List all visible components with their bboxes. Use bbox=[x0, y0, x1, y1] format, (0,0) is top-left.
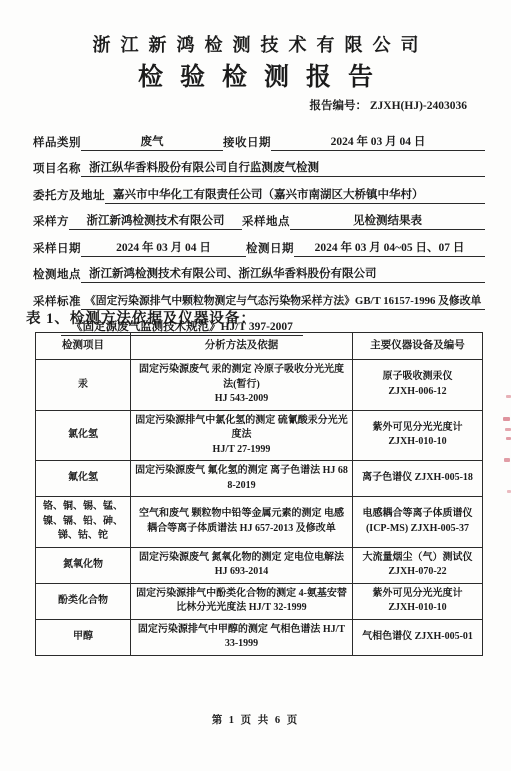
form-row-project-name: 项目名称 浙江纵华香料股份有限公司自行监测废气检测 bbox=[33, 151, 485, 178]
method-instrument: 电感耦合等离子体质谱仪 (ICP-MS) ZJXH-005-37 bbox=[353, 497, 483, 548]
methods-table: 检测项目 分析方法及依据 主要仪器设备及编号 汞固定污染源废气 汞的测定 冷原子… bbox=[35, 332, 483, 656]
report-number-label: 报告编号： bbox=[310, 100, 368, 112]
field-value: 浙江纵华香料股份有限公司自行监测废气检测 bbox=[81, 159, 485, 177]
method-basis: 固定污染源排气中酚类化合物的测定 4-氨基安替比林分光光度法 HJ/T 32-1… bbox=[131, 583, 353, 619]
field-label: 采样日期 bbox=[33, 240, 81, 257]
field-value: 2024 年 03 月 04 日 bbox=[271, 133, 485, 151]
method-item: 氮氧化物 bbox=[36, 547, 131, 583]
method-instrument: 紫外可见分光光度计 ZJXH-010-10 bbox=[353, 583, 483, 619]
stamp-residue-mark bbox=[505, 428, 511, 431]
method-basis: 固定污染源排气中甲醇的测定 气相色谱法 HJ/T 33-1999 bbox=[131, 619, 353, 655]
form-fields: 样品类别 废气 接收日期 2024 年 03 月 04 日 项目名称 浙江纵华香… bbox=[33, 124, 485, 336]
method-item: 铬、铜、锡、锰、镍、镉、铅、砷、锑、钴、铊 bbox=[36, 497, 131, 548]
method-basis: 固定污染源废气 汞的测定 冷原子吸收分光光度法(暂行) HJ 543-2009 bbox=[131, 360, 353, 411]
method-row: 氟化氢固定污染源废气 氟化氢的测定 离子色谱法 HJ 688-2019离子色谱仪… bbox=[36, 461, 483, 497]
method-basis: 固定污染源排气中氯化氢的测定 硫氰酸汞分光光度法 HJ/T 27-1999 bbox=[131, 410, 353, 461]
field-label: 采样方 bbox=[33, 213, 69, 230]
report-title: 检验检测报告 bbox=[0, 57, 511, 93]
method-item: 甲醇 bbox=[36, 619, 131, 655]
field-label: 项目名称 bbox=[33, 160, 81, 177]
stamp-residue-mark bbox=[507, 490, 511, 493]
stamp-residue-mark bbox=[503, 417, 510, 421]
method-instrument: 紫外可见分光光度计 ZJXH-010-10 bbox=[353, 410, 483, 461]
method-row: 汞固定污染源废气 汞的测定 冷原子吸收分光光度法(暂行) HJ 543-2009… bbox=[36, 360, 483, 411]
field-value: 废气 bbox=[81, 133, 223, 151]
field-label: 委托方及地址 bbox=[33, 187, 105, 204]
form-row-sampling-standard: 采样标准 《固定污染源排气中颗粒物测定与气态污染物采样方法》GB/T 16157… bbox=[33, 283, 485, 310]
report-number-line: 报告编号： ZJXH(HJ)-2403036 bbox=[310, 97, 467, 113]
methods-header-row: 检测项目 分析方法及依据 主要仪器设备及编号 bbox=[36, 333, 483, 360]
methods-table-body: 汞固定污染源废气 汞的测定 冷原子吸收分光光度法(暂行) HJ 543-2009… bbox=[36, 360, 483, 656]
field-label: 采样地点 bbox=[242, 213, 290, 230]
method-item: 汞 bbox=[36, 360, 131, 411]
stamp-residue-mark bbox=[504, 458, 510, 462]
method-row: 铬、铜、锡、锰、镍、镉、铅、砷、锑、钴、铊空气和废气 颗粒物中铅等金属元素的测定… bbox=[36, 497, 483, 548]
field-label: 检测地点 bbox=[33, 266, 81, 283]
method-basis: 固定污染源废气 氮氧化物的测定 定电位电解法 HJ 693-2014 bbox=[131, 547, 353, 583]
method-instrument: 离子色谱仪 ZJXH-005-18 bbox=[353, 461, 483, 497]
field-value: 2024 年 03 月 04 日 bbox=[81, 239, 246, 257]
form-row-test-location: 检测地点 浙江新鸿检测技术有限公司、浙江纵华香料股份有限公司 bbox=[33, 257, 485, 284]
form-row-client-address: 委托方及地址 嘉兴市中华化工有限责任公司（嘉兴市南湖区大桥镇中华村） bbox=[33, 177, 485, 204]
method-item: 酚类化合物 bbox=[36, 583, 131, 619]
field-value: 嘉兴市中华化工有限责任公司（嘉兴市南湖区大桥镇中华村） bbox=[105, 186, 485, 204]
header-instrument: 主要仪器设备及编号 bbox=[353, 333, 483, 360]
field-value: 2024 年 03 月 04~05 日、07 日 bbox=[294, 239, 485, 257]
method-basis: 空气和废气 颗粒物中铅等金属元素的测定 电感耦合等离子体质谱法 HJ 657-2… bbox=[131, 497, 353, 548]
form-row-sample-type: 样品类别 废气 接收日期 2024 年 03 月 04 日 bbox=[33, 124, 485, 151]
form-row-dates: 采样日期 2024 年 03 月 04 日 检测日期 2024 年 03 月 0… bbox=[33, 230, 485, 257]
method-basis: 固定污染源废气 氟化氢的测定 离子色谱法 HJ 688-2019 bbox=[131, 461, 353, 497]
method-row: 氯化氢固定污染源排气中氯化氢的测定 硫氰酸汞分光光度法 HJ/T 27-1999… bbox=[36, 410, 483, 461]
form-row-sampler: 采样方 浙江新鸿检测技术有限公司 采样地点 见检测结果表 bbox=[33, 204, 485, 231]
method-instrument: 大流量烟尘（气）测试仪 ZJXH-070-22 bbox=[353, 547, 483, 583]
report-number-value: ZJXH(HJ)-2403036 bbox=[370, 100, 467, 112]
method-item: 氯化氢 bbox=[36, 410, 131, 461]
field-label: 检测日期 bbox=[246, 240, 294, 257]
stamp-residue-mark bbox=[506, 437, 511, 440]
field-label: 样品类别 bbox=[33, 134, 81, 151]
field-value: 浙江新鸿检测技术有限公司、浙江纵华香料股份有限公司 bbox=[81, 265, 485, 283]
header-analysis-method: 分析方法及依据 bbox=[131, 333, 353, 360]
field-value: 见检测结果表 bbox=[290, 212, 485, 230]
page-number: 第 1 页 共 6 页 bbox=[0, 712, 511, 727]
field-label: 接收日期 bbox=[223, 134, 271, 151]
field-value: 浙江新鸿检测技术有限公司 bbox=[69, 212, 242, 230]
method-instrument: 原子吸收测汞仪 ZJXH-006-12 bbox=[353, 360, 483, 411]
method-row: 甲醇固定污染源排气中甲醇的测定 气相色谱法 HJ/T 33-1999气相色谱仪 … bbox=[36, 619, 483, 655]
report-page: 浙江新鸿检测技术有限公司 检验检测报告 报告编号： ZJXH(HJ)-24030… bbox=[0, 0, 511, 771]
method-row: 氮氧化物固定污染源废气 氮氧化物的测定 定电位电解法 HJ 693-2014大流… bbox=[36, 547, 483, 583]
method-item: 氟化氢 bbox=[36, 461, 131, 497]
header-test-item: 检测项目 bbox=[36, 333, 131, 360]
method-row: 酚类化合物固定污染源排气中酚类化合物的测定 4-氨基安替比林分光光度法 HJ/T… bbox=[36, 583, 483, 619]
stamp-residue-mark bbox=[506, 395, 511, 398]
table1-title: 表 1、检测方法依据及仪器设备： bbox=[26, 307, 256, 328]
company-name: 浙江新鸿检测技术有限公司 bbox=[0, 31, 511, 57]
method-instrument: 气相色谱仪 ZJXH-005-01 bbox=[353, 619, 483, 655]
